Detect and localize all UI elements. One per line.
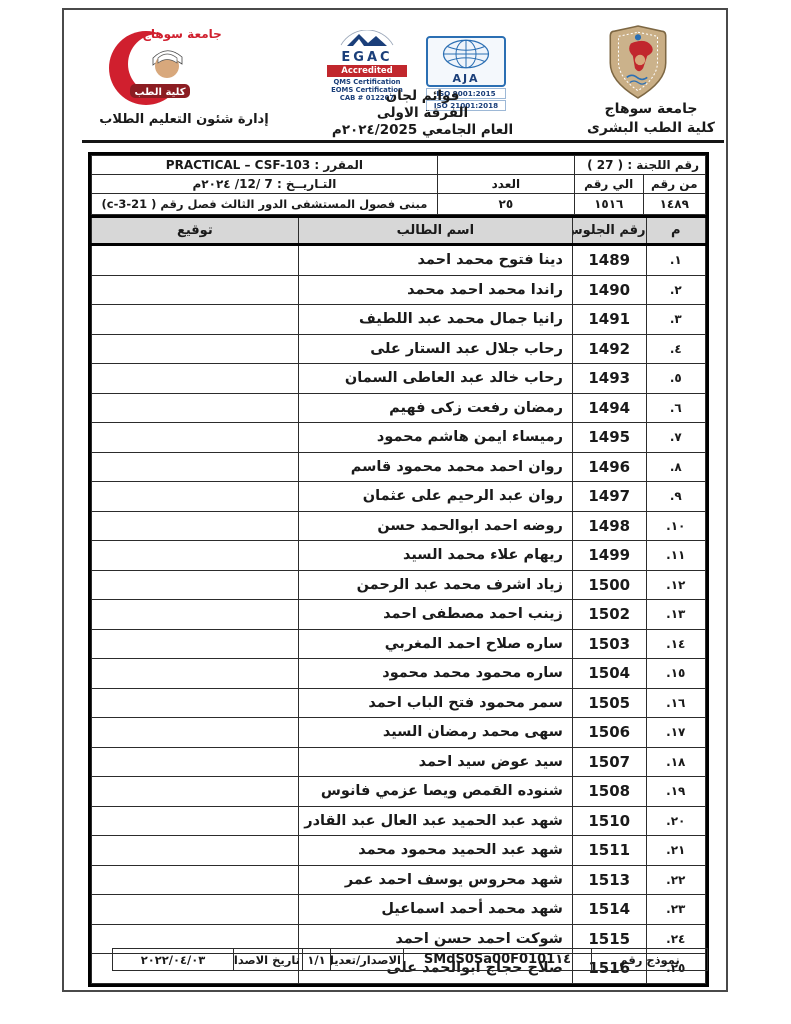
seat-number: 1490 (572, 275, 646, 305)
student-name: سمر محمود فتح الباب احمد (298, 688, 572, 718)
signature-cell (92, 275, 299, 305)
header-divider (82, 140, 724, 143)
student-name: روان عبد الرحيم على عثمان (298, 482, 572, 512)
form-number-label: نموذج رقم (592, 949, 708, 971)
faculty-crescent-logo-icon: جامعة سوهاج كلية الطب (94, 22, 226, 108)
row-number: ١. (646, 245, 705, 276)
table-row: ١٧.1506سهى محمد رمضان السيد (92, 718, 706, 748)
seat-number: 1506 (572, 718, 646, 748)
row-number: ٢٢. (646, 865, 705, 895)
student-name: شهد محمد أحمد اسماعيل (298, 895, 572, 925)
col-header-signature: توقيع (92, 217, 299, 245)
seat-number: 1492 (572, 334, 646, 364)
university-name: جامعة سوهاج (576, 100, 726, 119)
empty-cell (437, 156, 574, 175)
aja-globe-icon (438, 39, 494, 69)
seat-number: 1513 (572, 865, 646, 895)
student-name: شنوده القمص ويصا عزمي فانوس (298, 777, 572, 807)
signature-cell (92, 482, 299, 512)
signature-cell (92, 452, 299, 482)
student-name: روان احمد محمد محمود قاسم (298, 452, 572, 482)
student-name: رمضان رفعت زكى فهيم (298, 393, 572, 423)
table-row: ٧.1495رميساء ايمن هاشم محمود (92, 423, 706, 453)
col-header-seat: رقم الجلوس (572, 217, 646, 245)
row-number: ١١. (646, 541, 705, 571)
signature-cell (92, 570, 299, 600)
signature-cell (92, 305, 299, 335)
row-number: ١٢. (646, 570, 705, 600)
student-name: رحاب خالد عبد العاطى السمان (298, 364, 572, 394)
table-row: ٣.1491رانيا جمال محمد عبد اللطيف (92, 305, 706, 335)
table-row: ٤.1492رحاب جلال عبد الستار على (92, 334, 706, 364)
table-header-row: م رقم الجلوس اسم الطالب توقيع (92, 217, 706, 245)
student-name: زينب احمد مصطفى احمد (298, 600, 572, 630)
signature-cell (92, 718, 299, 748)
table-row: ١.1489دينا فتوح محمد احمد (92, 245, 706, 276)
signature-cell (92, 364, 299, 394)
student-name: راندا محمد احمد محمد (298, 275, 572, 305)
signature-cell (92, 659, 299, 689)
student-name: ساره صلاح احمد المغربي (298, 629, 572, 659)
signature-cell (92, 334, 299, 364)
student-name: رميساء ايمن هاشم محمود (298, 423, 572, 453)
student-name: شهد محروس يوسف احمد عمر (298, 865, 572, 895)
table-row: ١٤.1503ساره صلاح احمد المغربي (92, 629, 706, 659)
student-name: رحاب جلال عبد الستار على (298, 334, 572, 364)
exam-date: التـاريــخ : 7 /12/ ٢٠٢٤م (92, 175, 438, 194)
signature-cell (92, 806, 299, 836)
row-number: ١٧. (646, 718, 705, 748)
row-number: ١٥. (646, 659, 705, 689)
form-number-code: SMdS0Sa00F0101١٤ (404, 949, 592, 971)
row-number: ٢١. (646, 836, 705, 866)
table-row: ٦.1494رمضان رفعت زكى فهيم (92, 393, 706, 423)
egac-cert-line: QMS Certification (321, 78, 413, 86)
seat-number: 1508 (572, 777, 646, 807)
university-name-block: جامعة سوهاج كلية الطب البشرى (576, 100, 726, 138)
table-row: ٢٢.1513شهد محروس يوسف احمد عمر (92, 865, 706, 895)
egac-pyramid-icon (337, 30, 397, 47)
students-tbody: ١.1489دينا فتوح محمد احمد٢.1490راندا محم… (92, 245, 706, 984)
table-row: ١٦.1505سمر محمود فتح الباب احمد (92, 688, 706, 718)
signature-cell (92, 541, 299, 571)
table-row: ٢١.1511شهد عبد الحميد محمود محمد (92, 836, 706, 866)
seat-number: 1493 (572, 364, 646, 394)
student-name: ريهام علاء محمد السيد (298, 541, 572, 571)
row-number: ١٣. (646, 600, 705, 630)
seat-number: 1502 (572, 600, 646, 630)
students-table: م رقم الجلوس اسم الطالب توقيع ١.1489دينا… (91, 215, 706, 984)
row-number: ٤. (646, 334, 705, 364)
row-number: ٢. (646, 275, 705, 305)
signature-cell (92, 836, 299, 866)
seat-number: 1510 (572, 806, 646, 836)
student-name: روضه احمد ابوالحمد حسن (298, 511, 572, 541)
count-value: ٢٥ (437, 194, 574, 215)
row-number: ١٩. (646, 777, 705, 807)
row-number: ١٨. (646, 747, 705, 777)
row-number: ١٤. (646, 629, 705, 659)
col-header-number: م (646, 217, 705, 245)
signature-cell (92, 245, 299, 276)
table-row: ١٨.1507سيد عوض سيد احمد (92, 747, 706, 777)
seat-number: 1503 (572, 629, 646, 659)
student-name: رانيا جمال محمد عبد اللطيف (298, 305, 572, 335)
row-number: ٦. (646, 393, 705, 423)
signature-cell (92, 777, 299, 807)
egac-accredited-badge: Accredited (327, 65, 407, 77)
seat-number: 1500 (572, 570, 646, 600)
crescent-top-text: جامعة سوهاج (142, 27, 222, 42)
row-number: ٢٣. (646, 895, 705, 925)
row-number: ١٠. (646, 511, 705, 541)
row-number: ٩. (646, 482, 705, 512)
document-title: قوائم لجان الفرقة الاولى العام الجامعي ٢… (300, 88, 545, 139)
seat-number: 1491 (572, 305, 646, 335)
signature-cell (92, 629, 299, 659)
course-name: المقرر : PRACTICAL – CSF-103 (92, 156, 438, 175)
table-row: ٥.1493رحاب خالد عبد العاطى السمان (92, 364, 706, 394)
signature-cell (92, 423, 299, 453)
aja-brand-text: AJA (430, 73, 502, 85)
signature-cell (92, 895, 299, 925)
signature-cell (92, 511, 299, 541)
department-label: إدارة شئون التعليم الطلاب (78, 112, 290, 127)
table-row: ٢.1490راندا محمد احمد محمد (92, 275, 706, 305)
signature-cell (92, 865, 299, 895)
committee-info-table: رقم اللجنة : ( 27 ) المقرر : PRACTICAL –… (91, 155, 706, 215)
seat-number: 1499 (572, 541, 646, 571)
egac-brand-text: EGAC (321, 51, 413, 64)
table-row: ١٢.1500زياد اشرف محمد عبد الرحمن (92, 570, 706, 600)
signature-cell (92, 393, 299, 423)
seat-number: 1495 (572, 423, 646, 453)
seat-number: 1507 (572, 747, 646, 777)
row-number: ٣. (646, 305, 705, 335)
exam-location: مبنى فصول المستشفى الدور الثالث فصل رقم … (92, 194, 438, 215)
seat-number: 1498 (572, 511, 646, 541)
seat-number: 1494 (572, 393, 646, 423)
seat-number: 1511 (572, 836, 646, 866)
committee-table: رقم اللجنة : ( 27 ) المقرر : PRACTICAL –… (88, 152, 709, 987)
table-row: ٩.1497روان عبد الرحيم على عثمان (92, 482, 706, 512)
student-name: زياد اشرف محمد عبد الرحمن (298, 570, 572, 600)
scanned-exam-committee-list: جامعة سوهاج كلية الطب إدارة شئون التعليم… (0, 0, 791, 1024)
seat-number: 1496 (572, 452, 646, 482)
row-number: ٢٠. (646, 806, 705, 836)
issue-date-label: تاريخ الاصدار (234, 949, 303, 971)
row-number: ٨. (646, 452, 705, 482)
to-seat-label: الي رقم (574, 175, 643, 194)
student-name: شهد عبد الحميد عبد العال عبد القادر (298, 806, 572, 836)
signature-cell (92, 600, 299, 630)
title-line-2: الفرقة الاولى (300, 105, 545, 122)
committee-number: رقم اللجنة : ( 27 ) (574, 156, 705, 175)
student-name: دينا فتوح محمد احمد (298, 245, 572, 276)
table-row: ١٣.1502زينب احمد مصطفى احمد (92, 600, 706, 630)
seat-number: 1505 (572, 688, 646, 718)
seat-number: 1497 (572, 482, 646, 512)
to-seat-value: ١٥١٦ (574, 194, 643, 215)
seat-number: 1489 (572, 245, 646, 276)
row-number: ٧. (646, 423, 705, 453)
table-row: ١٥.1504ساره محمود محمد محمود (92, 659, 706, 689)
university-shield-logo-icon (606, 24, 670, 100)
student-name: شهد عبد الحميد محمود محمد (298, 836, 572, 866)
issue-date-value: ٢٠٢٢/٠٤/٠٣ (113, 949, 234, 971)
table-row: ١١.1499ريهام علاء محمد السيد (92, 541, 706, 571)
revision-label: الاصدار/تعديل (331, 949, 404, 971)
row-number: ١٦. (646, 688, 705, 718)
student-name: ساره محمود محمد محمود (298, 659, 572, 689)
count-label: العدد (437, 175, 574, 194)
table-row: ٨.1496روان احمد محمد محمود قاسم (92, 452, 706, 482)
table-row: ٢٠.1510شهد عبد الحميد عبد العال عبد القا… (92, 806, 706, 836)
title-line-1: قوائم لجان (300, 88, 545, 105)
revision-value: ١/١ (303, 949, 331, 971)
signature-cell (92, 688, 299, 718)
table-row: ١٩.1508شنوده القمص ويصا عزمي فانوس (92, 777, 706, 807)
row-number: ٥. (646, 364, 705, 394)
crescent-bottom-text: كلية الطب (134, 87, 185, 98)
seat-number: 1514 (572, 895, 646, 925)
faculty-name: كلية الطب البشرى (576, 119, 726, 138)
form-footer: نموذج رقم SMdS0Sa00F0101١٤ الاصدار/تعديل… (112, 948, 707, 971)
from-seat-value: ١٤٨٩ (643, 194, 706, 215)
title-line-3: العام الجامعي ٢٠٢٤/2025م (300, 122, 545, 139)
from-seat-label: من رقم (643, 175, 706, 194)
col-header-name: اسم الطالب (298, 217, 572, 245)
student-name: سهى محمد رمضان السيد (298, 718, 572, 748)
seat-number: 1504 (572, 659, 646, 689)
table-row: ٢٣.1514شهد محمد أحمد اسماعيل (92, 895, 706, 925)
student-name: سيد عوض سيد احمد (298, 747, 572, 777)
signature-cell (92, 747, 299, 777)
table-row: ١٠.1498روضه احمد ابوالحمد حسن (92, 511, 706, 541)
